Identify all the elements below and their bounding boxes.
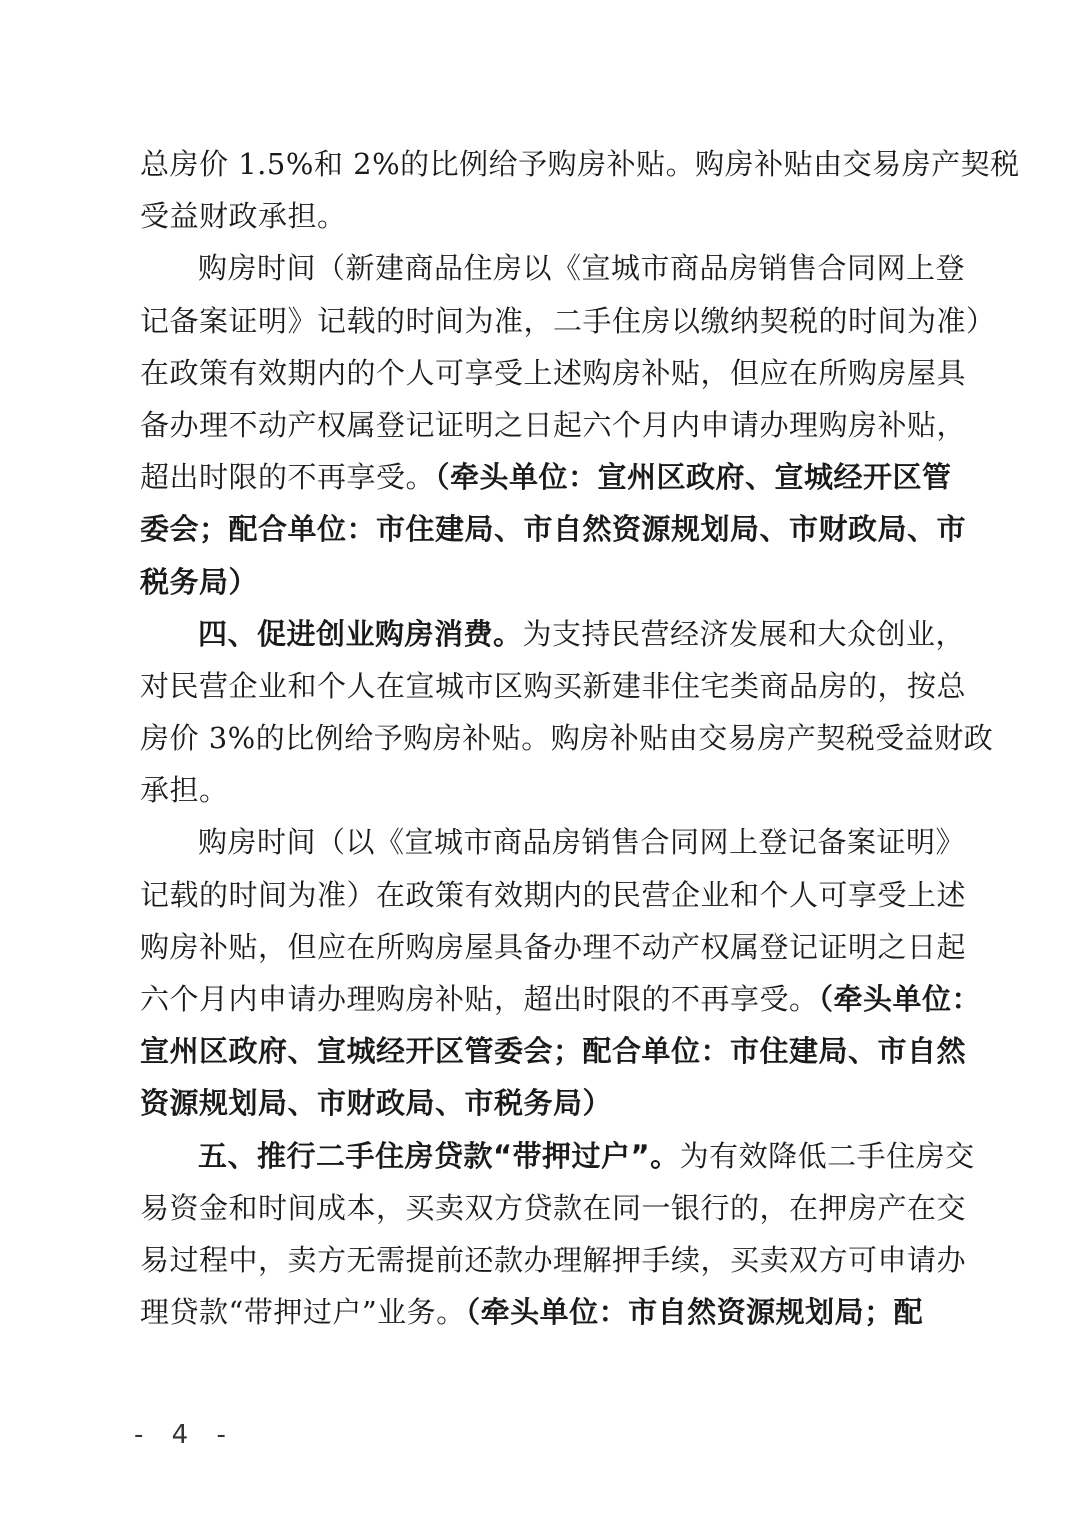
text-line: 对民营企业和个人在宣城市区购买新建非住宅类商品房的，按总 <box>140 660 918 712</box>
paragraph-p3-section-four: 四、促进创业购房消费。为支持民营经济发展和大众创业，对民营企业和个人在宣城市区购… <box>140 608 918 817</box>
bold-text-segment: （牵头单位： <box>819 982 982 1016</box>
text-segment: 易资金和时间成本，买卖双方贷款在同一银行的，在押房产在交 <box>140 1191 966 1225</box>
text-line: 购房补贴，但应在所购房屋具备办理不动产权属登记证明之日起 <box>140 921 918 973</box>
text-line: 总房价 1.5%和 2%的比例给予购房补贴。购房补贴由交易房产契税 <box>140 138 918 190</box>
bold-text-segment: （牵头单位：宣州区政府、宣城经开区管 <box>435 460 952 494</box>
text-line: 资源规划局、市财政局、市税务局） <box>140 1077 918 1129</box>
text-segment: 超出时限的不再享受。 <box>140 460 435 494</box>
text-segment: 为支持民营经济发展和大众创业， <box>523 617 966 651</box>
text-line: 备办理不动产权属登记证明之日起六个月内申请办理购房补贴， <box>140 399 918 451</box>
bold-text-segment: （牵头单位：市自然资源规划局；配 <box>466 1295 924 1329</box>
text-segment: 总房价 1.5%和 2%的比例给予购房补贴。购房补贴由交易房产契税 <box>140 147 1020 181</box>
text-line: 委会；配合单位：市住建局、市自然资源规划局、市财政局、市 <box>140 503 918 555</box>
text-segment: 易过程中，卖方无需提前还款办理解押手续，买卖双方可申请办 <box>140 1243 966 1277</box>
document-body: 总房价 1.5%和 2%的比例给予购房补贴。购房补贴由交易房产契税受益财政承担。… <box>140 138 918 1338</box>
text-segment: 受益财政承担。 <box>140 199 347 233</box>
paragraph-p1-continuation: 总房价 1.5%和 2%的比例给予购房补贴。购房补贴由交易房产契税受益财政承担。 <box>140 138 918 242</box>
text-line: 超出时限的不再享受。（牵头单位：宣州区政府、宣城经开区管 <box>140 451 918 503</box>
text-segment: 记载的时间为准）在政策有效期内的民营企业和个人可享受上述 <box>140 878 966 912</box>
text-line: 承担。 <box>140 764 918 816</box>
text-line: 宣州区政府、宣城经开区管委会；配合单位：市住建局、市自然 <box>140 1025 918 1077</box>
text-segment: 对民营企业和个人在宣城市区购买新建非住宅类商品房的，按总 <box>140 669 966 703</box>
bold-text-segment: 四、促进创业购房消费。 <box>198 617 523 651</box>
paragraph-p5-section-five: 五、推行二手住房贷款“带押过户”。为有效降低二手住房交易资金和时间成本，买卖双方… <box>140 1130 918 1339</box>
text-line: 税务局） <box>140 556 918 608</box>
text-line: 易过程中，卖方无需提前还款办理解押手续，买卖双方可申请办 <box>140 1234 918 1286</box>
bold-text-segment: 税务局） <box>140 565 258 599</box>
bold-text-segment: 宣州区政府、宣城经开区管委会；配合单位：市住建局、市自然 <box>140 1034 966 1068</box>
document-page: 总房价 1.5%和 2%的比例给予购房补贴。购房补贴由交易房产契税受益财政承担。… <box>0 0 1080 1527</box>
bold-text-segment: 委会；配合单位：市住建局、市自然资源规划局、市财政局、市 <box>140 512 966 546</box>
text-line: 购房时间（以《宣城市商品房销售合同网上登记备案证明》 <box>140 816 918 868</box>
text-line: 四、促进创业购房消费。为支持民营经济发展和大众创业， <box>140 608 918 660</box>
text-segment: 记备案证明》记载的时间为准，二手住房以缴纳契税的时间为准） <box>140 304 996 338</box>
text-segment: 购房时间（新建商品住房以《宣城市商品房销售合同网上登 <box>198 251 965 285</box>
text-line: 五、推行二手住房贷款“带押过户”。为有效降低二手住房交 <box>140 1130 918 1182</box>
text-line: 房价 3%的比例给予购房补贴。购房补贴由交易房产契税受益财政 <box>140 712 918 764</box>
page-number: - 4 - <box>134 1420 236 1450</box>
text-line: 受益财政承担。 <box>140 190 918 242</box>
text-line: 在政策有效期内的个人可享受上述购房补贴，但应在所购房屋具 <box>140 347 918 399</box>
text-line: 购房时间（新建商品住房以《宣城市商品房销售合同网上登 <box>140 242 918 294</box>
text-line: 记备案证明》记载的时间为准，二手住房以缴纳契税的时间为准） <box>140 295 918 347</box>
paragraph-p2-purchase-time-residential: 购房时间（新建商品住房以《宣城市商品房销售合同网上登记备案证明》记载的时间为准，… <box>140 242 918 607</box>
text-segment: 在政策有效期内的个人可享受上述购房补贴，但应在所购房屋具 <box>140 356 966 390</box>
text-line: 六个月内申请办理购房补贴，超出时限的不再享受。（牵头单位： <box>140 973 918 1025</box>
text-segment: 六个月内申请办理购房补贴，超出时限的不再享受。 <box>140 982 819 1016</box>
text-line: 记载的时间为准）在政策有效期内的民营企业和个人可享受上述 <box>140 869 918 921</box>
text-line: 理贷款“带押过户”业务。（牵头单位：市自然资源规划局；配 <box>140 1286 918 1338</box>
text-segment: 承担。 <box>140 773 229 807</box>
text-segment: 为有效降低二手住房交 <box>680 1139 975 1173</box>
text-segment: 购房补贴，但应在所购房屋具备办理不动产权属登记证明之日起 <box>140 930 966 964</box>
bold-text-segment: 五、推行二手住房贷款“带押过户”。 <box>198 1139 680 1173</box>
bold-text-segment: 资源规划局、市财政局、市税务局） <box>140 1086 612 1120</box>
text-segment: 购房时间（以《宣城市商品房销售合同网上登记备案证明》 <box>198 825 965 859</box>
text-line: 易资金和时间成本，买卖双方贷款在同一银行的，在押房产在交 <box>140 1182 918 1234</box>
text-segment: 备办理不动产权属登记证明之日起六个月内申请办理购房补贴， <box>140 408 966 442</box>
text-segment: 房价 3%的比例给予购房补贴。购房补贴由交易房产契税受益财政 <box>140 721 993 755</box>
paragraph-p4-purchase-time-nonresidential: 购房时间（以《宣城市商品房销售合同网上登记备案证明》记载的时间为准）在政策有效期… <box>140 816 918 1129</box>
text-segment: 理贷款“带押过户”业务。 <box>140 1295 466 1329</box>
